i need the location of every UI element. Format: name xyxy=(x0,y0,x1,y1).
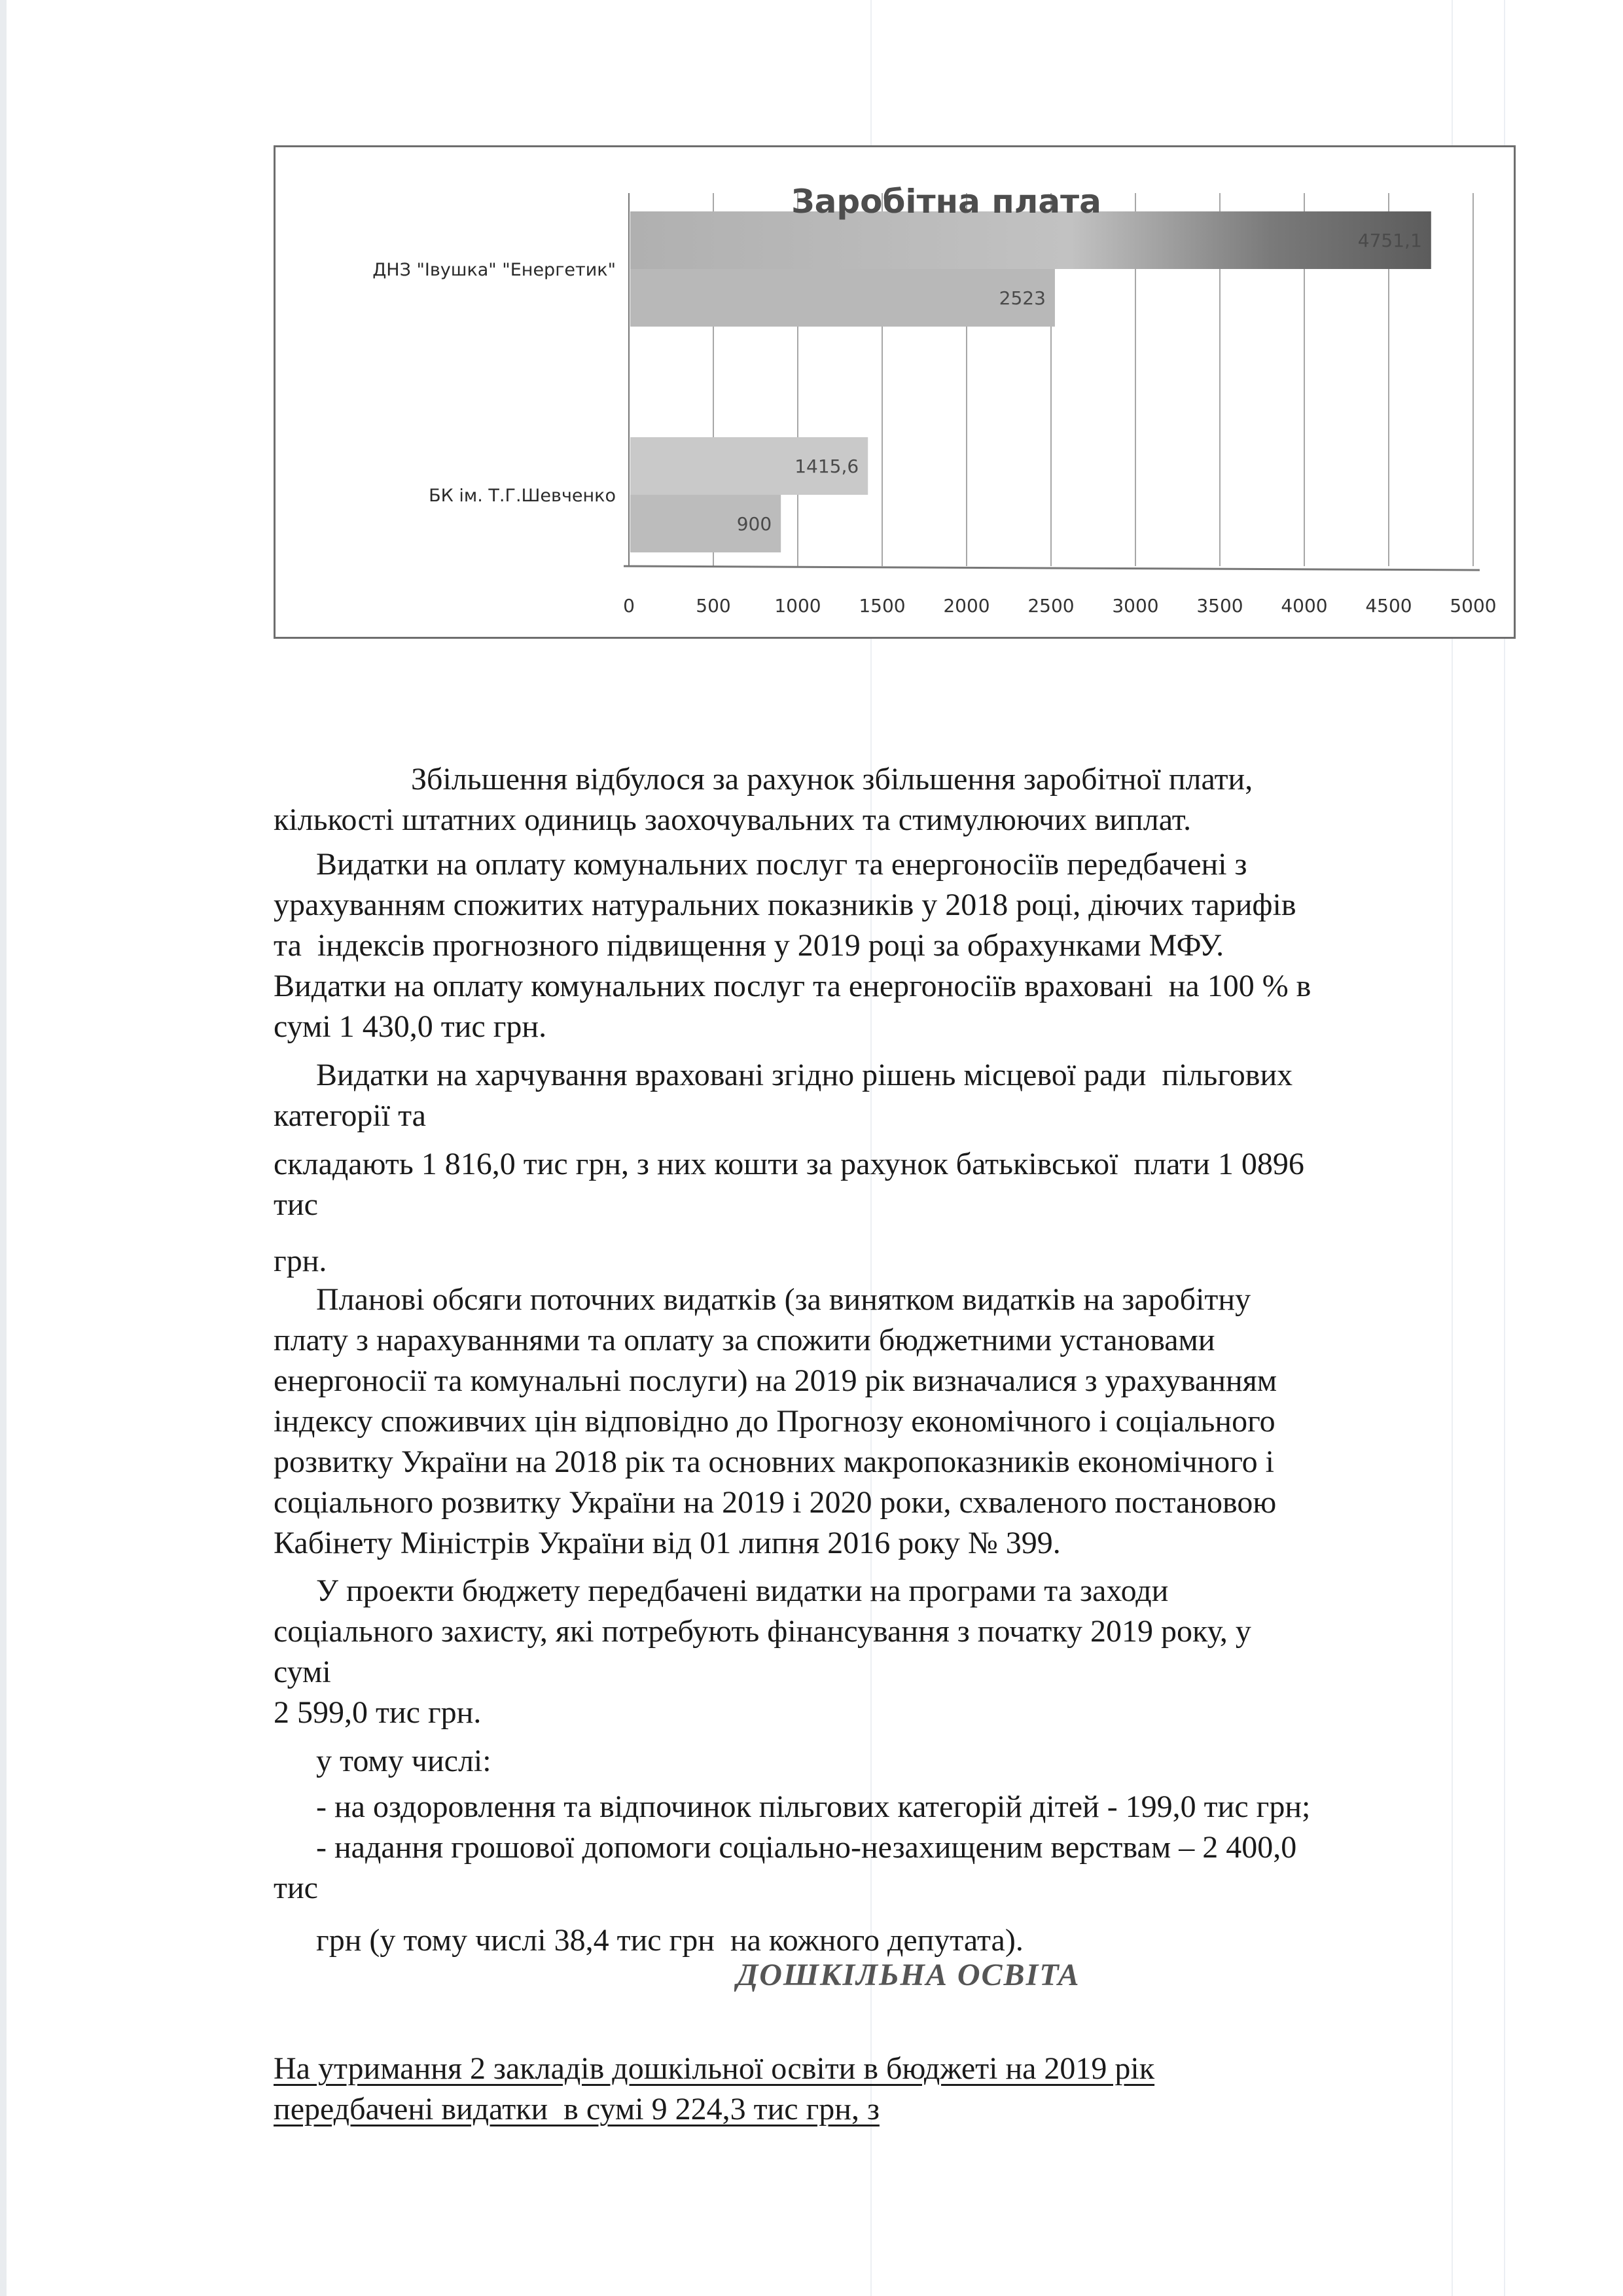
text-line: тис xyxy=(274,1868,1543,1909)
text-line: сумі 1 430,0 тис грн. xyxy=(274,1007,1543,1047)
text-line: соціального захисту, які потребують фіна… xyxy=(274,1611,1543,1652)
text-line: кількості штатних одиниць заохочувальних… xyxy=(274,800,1543,840)
text-line: складають 1 816,0 тис грн, з них кошти з… xyxy=(274,1144,1543,1185)
text-line: Кабінету Міністрів України від 01 липня … xyxy=(274,1523,1543,1564)
x-tick-label: 4500 xyxy=(1365,595,1412,617)
text-line: категорії та xyxy=(274,1096,1543,1136)
chart-canvas: 4751,12523ДНЗ "Івушка" "Енергетик"1415,6… xyxy=(276,147,1514,637)
paragraph-social-protection: У проекти бюджету передбачені видатки на… xyxy=(274,1571,1543,1733)
data-label: 4751,1 xyxy=(1358,230,1422,251)
salary-bar-chart: 4751,12523ДНЗ "Івушка" "Енергетик"1415,6… xyxy=(274,145,1516,639)
text-line: У проекти бюджету передбачені видатки на… xyxy=(274,1571,1543,1611)
bar xyxy=(630,269,1055,327)
x-tick-label: 1000 xyxy=(774,595,821,617)
text-line: та індексів прогнозного підвищення у 201… xyxy=(274,925,1543,966)
paragraph-utilities: Видатки на оплату комунальних послуг та … xyxy=(274,844,1543,1047)
paragraph-preschool: На утримання 2 закладів дошкільної освіт… xyxy=(274,2049,1543,2130)
x-axis xyxy=(624,566,1480,570)
text-line: Видатки на оплату комунальних послуг та … xyxy=(274,966,1543,1007)
text-line: грн (у тому числі 38,4 тис грн на кожног… xyxy=(274,1920,1543,1961)
paragraph-increase: Збільшення відбулося за рахунок збільшен… xyxy=(274,759,1543,840)
section-title-preschool: ДОШКІЛЬНА ОСВІТА xyxy=(274,1957,1543,1993)
text-line: урахуванням спожитих натуральних показни… xyxy=(274,885,1543,925)
data-label: 900 xyxy=(737,513,772,535)
category-label: ДНЗ "Івушка" "Енергетик" xyxy=(372,260,616,280)
text-line: Збільшення відбулося за рахунок збільшен… xyxy=(274,759,1543,800)
text-line: Видатки на харчування враховані згідно р… xyxy=(274,1055,1543,1096)
text-line: у тому числі: xyxy=(274,1741,1543,1782)
text-line: Видатки на оплату комунальних послуг та … xyxy=(274,844,1543,885)
list-item: - надання грошової допомоги соціально-не… xyxy=(274,1827,1543,1868)
category-label: БК ім. Т.Г.Шевченко xyxy=(429,486,616,506)
list-item: - на оздоровлення та відпочинок пільгови… xyxy=(274,1787,1543,1827)
data-label: 2523 xyxy=(999,287,1046,309)
x-tick-label: 1500 xyxy=(859,595,905,617)
text-line: сумі xyxy=(274,1652,1543,1693)
text-line: На утримання 2 закладів дошкільної освіт… xyxy=(274,2049,1543,2089)
paragraph-including: у тому числі: - на оздоровлення та відпо… xyxy=(274,1741,1543,1961)
text-line: розвитку України на 2018 рік та основних… xyxy=(274,1442,1543,1482)
x-tick-label: 2000 xyxy=(943,595,990,617)
data-label: 1415,6 xyxy=(794,456,859,477)
text-line: соціального розвитку України на 2019 і 2… xyxy=(274,1482,1543,1523)
text-line: індексу споживчих цін відповідно до Прог… xyxy=(274,1401,1543,1442)
text-line: передбачені видатки в сумі 9 224,3 тис г… xyxy=(274,2089,1543,2130)
x-tick-label: 500 xyxy=(696,595,730,617)
text-line: тис xyxy=(274,1185,1543,1225)
chart-title: Заробітна плата xyxy=(791,183,1101,221)
text-line: Планові обсяги поточних видатків (за вин… xyxy=(274,1280,1543,1320)
paragraph-current-expenses: Планові обсяги поточних видатків (за вин… xyxy=(274,1280,1543,1564)
x-tick-label: 0 xyxy=(623,595,635,617)
x-tick-label: 2500 xyxy=(1027,595,1074,617)
x-tick-label: 4000 xyxy=(1281,595,1327,617)
text-line: 2 599,0 тис грн. xyxy=(274,1693,1543,1733)
text-line: енергоносії та комунальні послуги) на 20… xyxy=(274,1361,1543,1401)
x-tick-label: 5000 xyxy=(1450,595,1496,617)
paragraph-food: Видатки на харчування враховані згідно р… xyxy=(274,1055,1543,1282)
text-line: грн. xyxy=(274,1241,1543,1282)
scan-edge xyxy=(0,0,7,2296)
text-line: плату з нарахуваннями та оплату за спожи… xyxy=(274,1320,1543,1361)
x-tick-label: 3500 xyxy=(1196,595,1243,617)
x-tick-label: 3000 xyxy=(1112,595,1158,617)
